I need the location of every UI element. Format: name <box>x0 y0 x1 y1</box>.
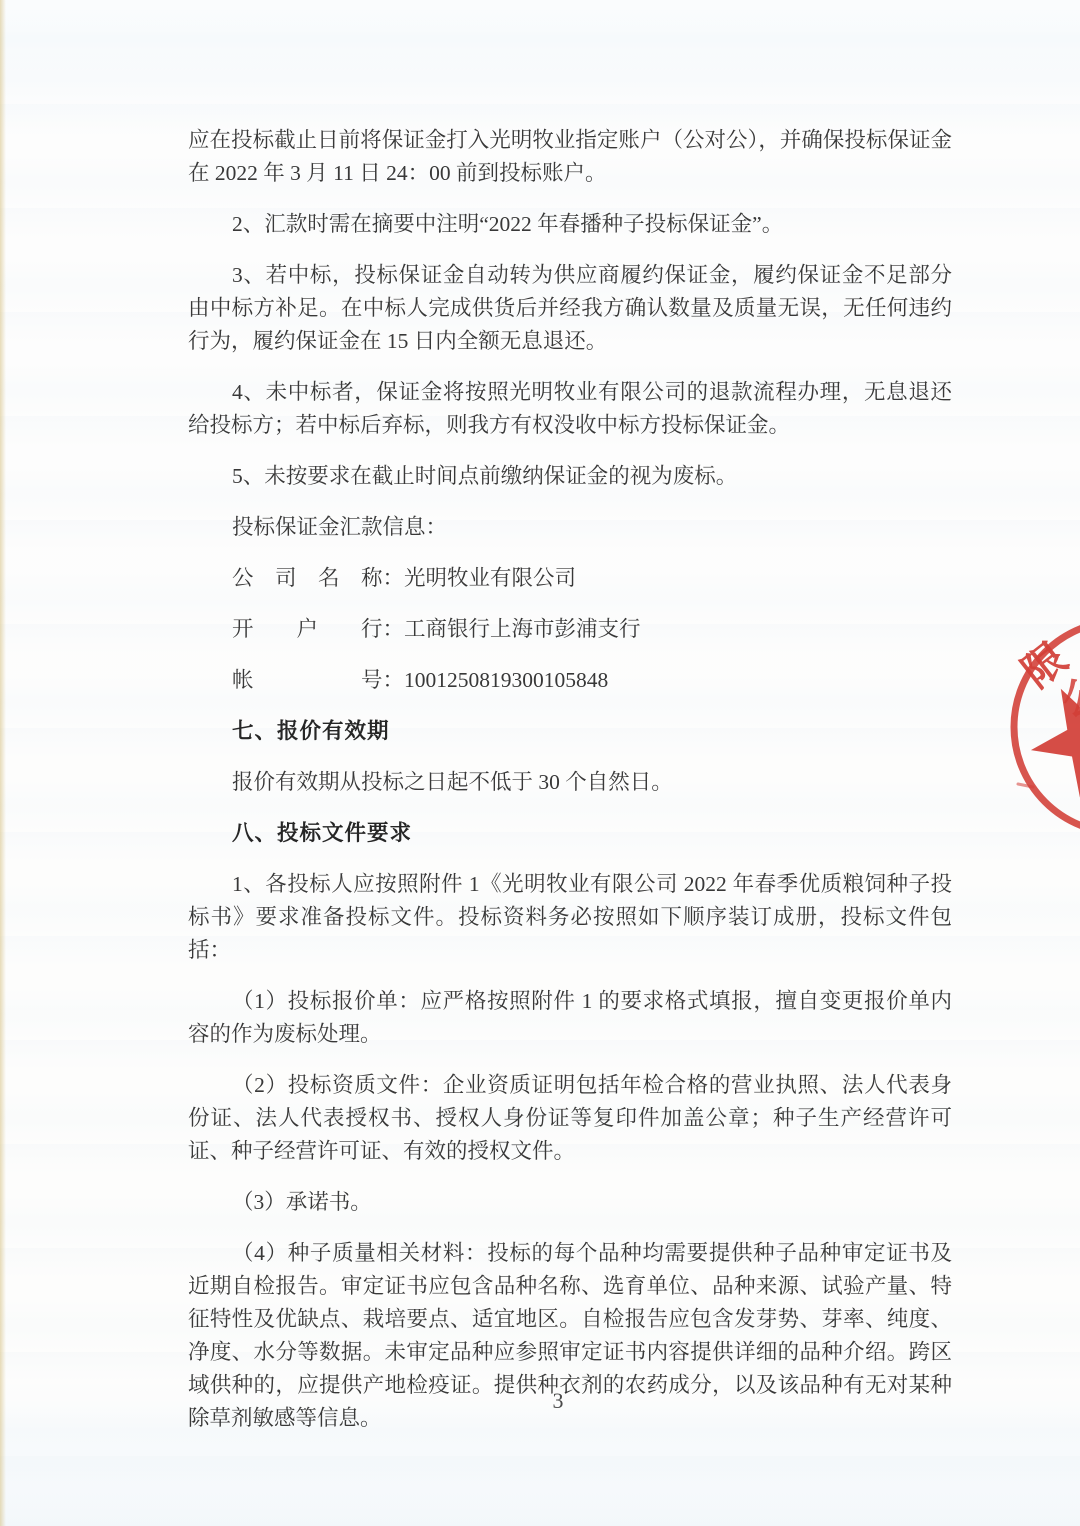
paragraph: （3）承诺书。 <box>188 1186 952 1219</box>
paragraph: 开 户 行：工商银行上海市彭浦支行 <box>188 613 952 646</box>
paragraph: 4、未中标者，保证金将按照光明牧业有限公司的退款流程办理，无息退还给投标方；若中… <box>188 376 952 442</box>
section-heading: 七、报价有效期 <box>188 715 952 748</box>
paragraph: 1、各投标人应按照附件 1《光明牧业有限公司 2022 年春季优质粮饲种子投标书… <box>188 868 952 967</box>
company-seal-stamp: 限 公 <box>1000 570 1080 870</box>
page-number: 3 <box>188 1388 928 1414</box>
document-page: 应在投标截止日前将保证金打入光明牧业指定账户（公对公），并确保投标保证金在 20… <box>0 0 1080 1526</box>
paragraph: 3、若中标，投标保证金自动转为供应商履约保证金，履约保证金不足部分由中标方补足。… <box>188 259 952 358</box>
paragraph: （1）投标报价单：应严格按照附件 1 的要求格式填报，擅自变更报价单内容的作为废… <box>188 985 952 1051</box>
paragraph: （2）投标资质文件：企业资质证明包括年检合格的营业执照、法人代表身份证、法人代表… <box>188 1069 952 1168</box>
paragraph: 应在投标截止日前将保证金打入光明牧业指定账户（公对公），并确保投标保证金在 20… <box>188 124 952 190</box>
paragraph: 公 司 名 称：光明牧业有限公司 <box>188 562 952 595</box>
paragraph: 报价有效期从投标之日起不低于 30 个自然日。 <box>188 766 952 799</box>
document-body: 应在投标截止日前将保证金打入光明牧业指定账户（公对公），并确保投标保证金在 20… <box>188 124 952 1453</box>
paragraph: 5、未按要求在截止时间点前缴纳保证金的视为废标。 <box>188 460 952 493</box>
paragraph: 投标保证金汇款信息： <box>188 511 952 544</box>
paragraph: 2、汇款时需在摘要中注明“2022 年春播种子投标保证金”。 <box>188 208 952 241</box>
section-heading: 八、投标文件要求 <box>188 817 952 850</box>
scan-left-edge-artifact <box>0 0 6 1526</box>
paragraph: 帐 号：1001250819300105848 <box>188 664 952 697</box>
